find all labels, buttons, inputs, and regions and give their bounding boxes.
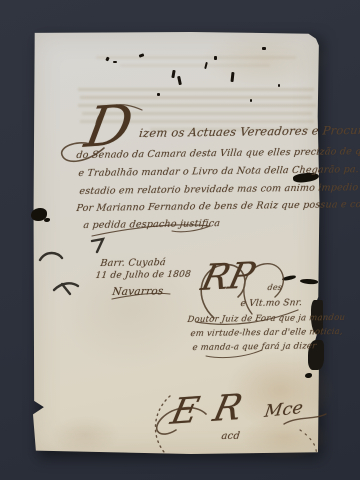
ink-speck (157, 93, 160, 96)
bleedthrough-line (78, 88, 314, 91)
dateline-date: 11 de Julho de 1808 (95, 270, 192, 281)
body-line: a pedida despacho justifica (83, 218, 221, 231)
closing-sub: acd (221, 431, 241, 442)
ink-speck (278, 84, 280, 87)
ink-speck (113, 61, 117, 63)
body-line: izem os Actuaes Vereadores e Procurador (138, 122, 360, 140)
bleedthrough-line (96, 56, 296, 59)
ink-speck (250, 99, 252, 102)
monogram-superscript: des (267, 283, 283, 292)
ink-speck (214, 56, 217, 60)
dateline-place: Barr. Cuyabá (100, 257, 167, 269)
bleedthrough-line (120, 64, 270, 67)
honorific: e Vlt.mo Snr. (240, 298, 303, 309)
dateline-signoff: Navarros (112, 285, 164, 298)
reply-line: e manda-a que fará ja dizer (192, 341, 317, 353)
ink-speck (262, 47, 266, 50)
document-photo: D izem os Actuaes Vereadores e Procurado… (0, 0, 360, 480)
closing-formula: E R (167, 387, 248, 433)
reply-line: em virtude-lhes dar d'elle noticia, (190, 327, 343, 339)
